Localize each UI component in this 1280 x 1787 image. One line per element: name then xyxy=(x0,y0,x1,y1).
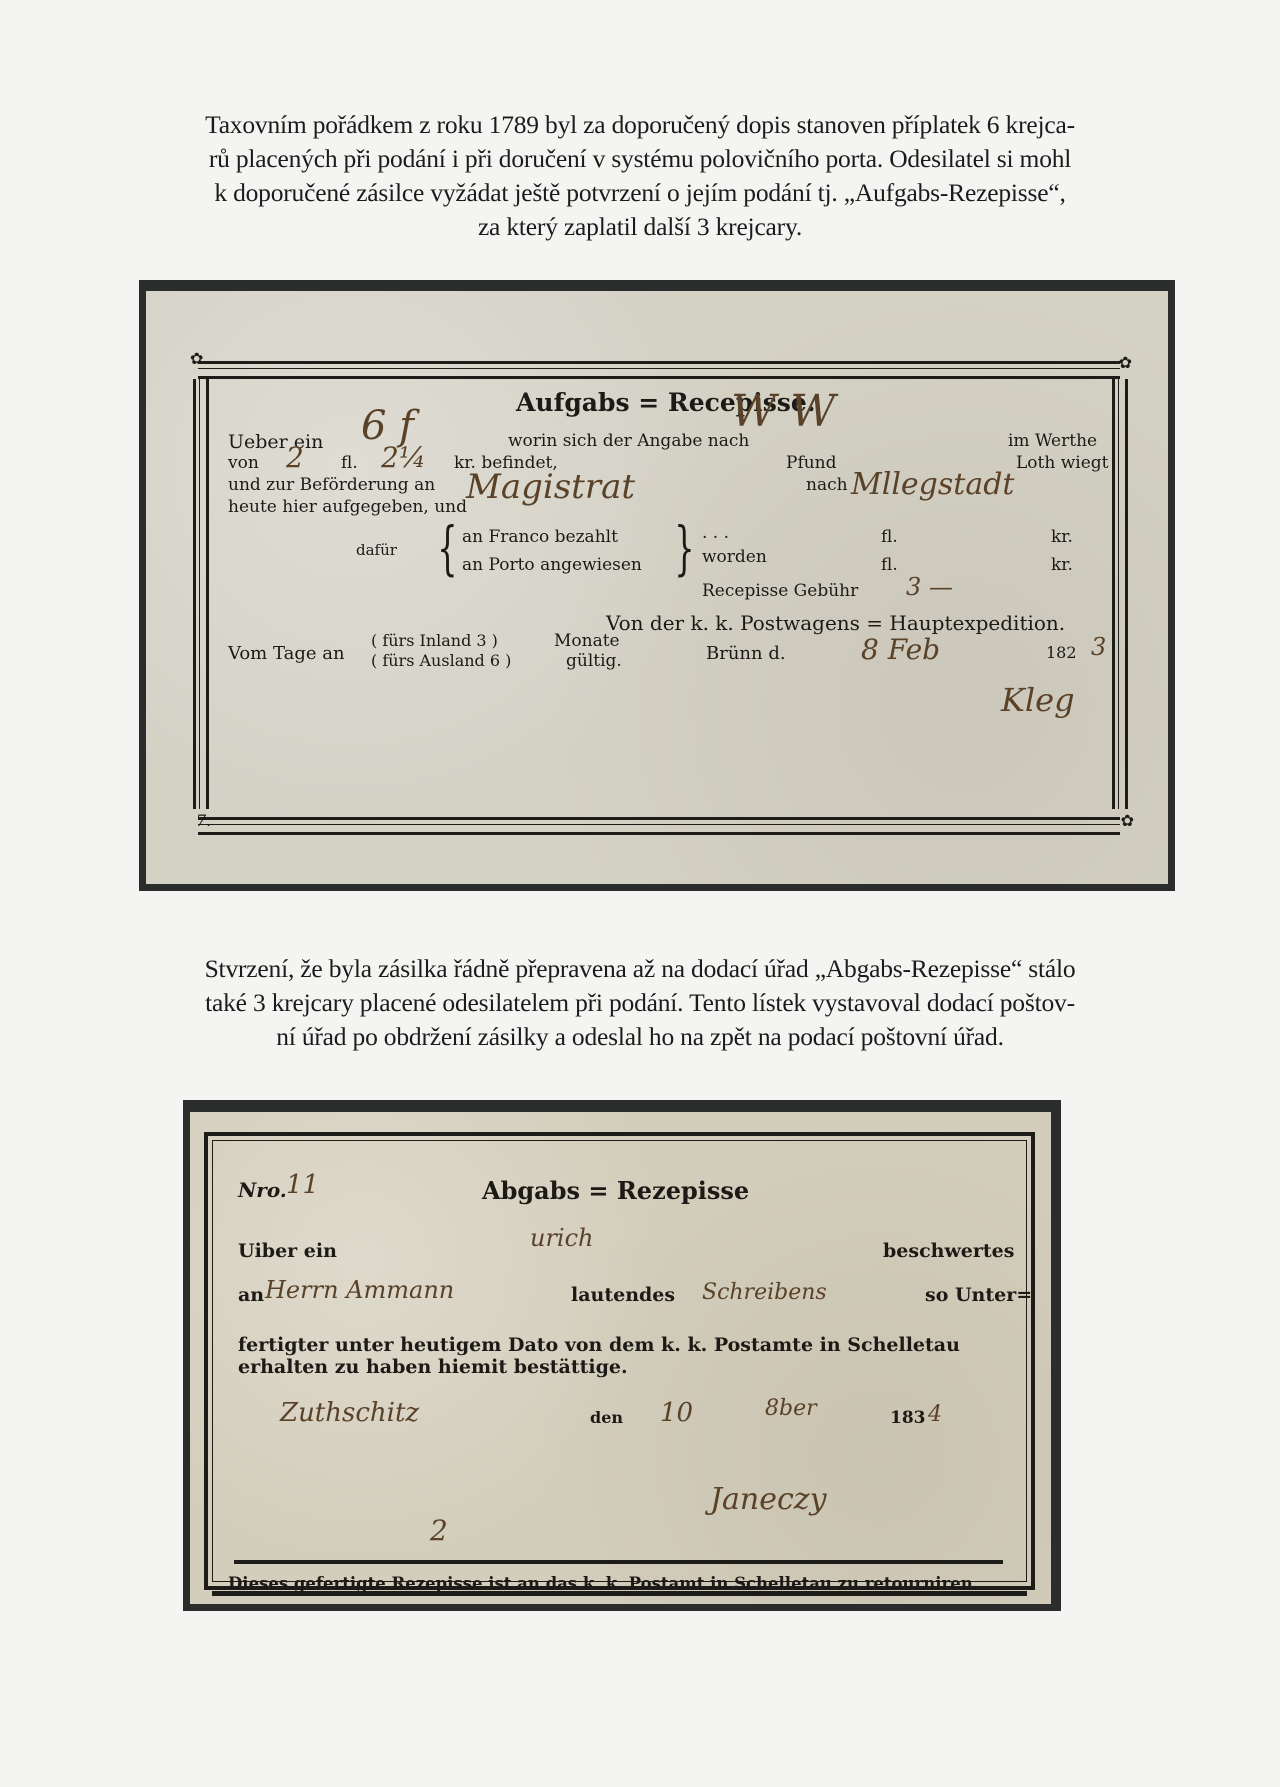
printed-text: Uiber ein xyxy=(238,1240,337,1262)
printed-text: und zur Beförderung an xyxy=(228,475,435,495)
printed-text: den xyxy=(590,1408,623,1427)
handwritten-signature: Janeczy xyxy=(710,1482,827,1517)
abgabs-rezepisse-document: Nro. 11 Abgabs = Rezepisse Uiber ein bes… xyxy=(190,1112,1051,1604)
printed-text: erhalten zu haben hiemit bestättige. xyxy=(238,1356,628,1378)
printed-text: nach xyxy=(806,475,848,495)
handwritten-year-digit: 4 xyxy=(928,1402,942,1427)
handwritten-value-kr: 2¼ xyxy=(381,441,426,474)
handwritten-addressee: Herrn Ammann xyxy=(265,1276,454,1304)
handwritten-day: 10 xyxy=(660,1398,693,1428)
flower-ornament-icon: ✿ xyxy=(1119,353,1132,373)
ornamental-border-right xyxy=(1112,379,1128,809)
handwritten-value-fl: 2 xyxy=(286,441,304,474)
caption-line: Taxovním pořádkem z roku 1789 byl za dop… xyxy=(90,108,1190,142)
handwritten-item: urich xyxy=(530,1224,594,1252)
printed-text: an Porto angewiesen xyxy=(462,555,642,575)
ornamental-border-top xyxy=(198,361,1120,379)
caption-middle: Stvrzení, že byla zásilka řádně přeprave… xyxy=(90,952,1190,1054)
printed-text: an xyxy=(238,1284,264,1306)
caption-line: také 3 krejcary placené odesilatelem při… xyxy=(90,986,1190,1020)
handwritten-fee: 3 — xyxy=(906,573,953,601)
printed-text: so Unter= xyxy=(925,1284,1032,1306)
number-label: Nro. xyxy=(238,1178,287,1202)
printed-text: an Franco bezahlt xyxy=(462,527,618,547)
printed-text: gültig. xyxy=(566,651,622,671)
caption-line: Stvrzení, že byla zásilka řádně přeprave… xyxy=(90,952,1190,986)
handwritten-signature: Kleg xyxy=(1001,681,1075,719)
corner-mark: 7. xyxy=(196,811,211,830)
printed-text: Recepisse Gebühr xyxy=(702,581,858,601)
printed-text: lautendes xyxy=(571,1284,675,1306)
handwritten-recipient: Magistrat xyxy=(466,467,635,507)
printed-text: dafür xyxy=(356,541,397,559)
caption-line: rů placených při podání i při doručení v… xyxy=(90,142,1190,176)
caption-line: ní úřad po obdržení zásilky a odeslal ho… xyxy=(90,1020,1190,1054)
handwritten-document-type: Schreibens xyxy=(702,1280,827,1305)
printed-text: 183 xyxy=(890,1408,926,1428)
printed-text: Vom Tage an xyxy=(228,643,345,664)
printed-text: Loth wiegt xyxy=(1016,453,1108,473)
printed-text: ( fürs Ausland 6 ) xyxy=(371,651,511,670)
caption-line: za který zaplatil další 3 krejcary. xyxy=(90,210,1190,244)
handwritten-place: Zuthschitz xyxy=(280,1398,419,1428)
printed-text: Pfund xyxy=(786,453,837,473)
printed-text: . . . xyxy=(702,523,729,543)
receipt1-mount: ✿ ✿ ✿ 7. Aufgabs = Recepisse. Ueber ein … xyxy=(139,280,1175,891)
handwritten-month: 8ber xyxy=(765,1396,817,1421)
printed-text: von xyxy=(228,453,259,473)
handwritten-year-digit: 3 xyxy=(1091,633,1106,661)
left-brace: { xyxy=(437,519,457,577)
handwritten-date: 8 Feb xyxy=(861,633,940,666)
printed-text: fl. xyxy=(341,453,358,473)
handwritten-number: 11 xyxy=(286,1170,319,1200)
printed-text: fl. xyxy=(881,555,898,575)
footer-rule xyxy=(234,1560,1003,1564)
printed-text: Brünn d. xyxy=(706,643,786,664)
ornamental-border-left xyxy=(193,379,209,809)
receipt2-mount: Nro. 11 Abgabs = Rezepisse Uiber ein bes… xyxy=(183,1100,1061,1611)
printed-text: fertigter unter heutigem Dato von dem k.… xyxy=(238,1334,960,1356)
ornamental-border-bottom xyxy=(198,817,1120,835)
printed-text: Monate xyxy=(554,631,620,651)
printed-text: beschwertes xyxy=(883,1240,1014,1262)
handwritten-fee: 2 xyxy=(430,1514,448,1547)
right-brace: } xyxy=(674,519,694,577)
printed-text: Ueber ein xyxy=(228,431,323,453)
printed-text: ( fürs Inland 3 ) xyxy=(371,631,498,650)
flower-ornament-icon: ✿ xyxy=(1121,811,1134,831)
handwritten-marks: W W xyxy=(731,386,835,437)
printed-text: 182 xyxy=(1046,643,1077,662)
caption-top: Taxovním pořádkem z roku 1789 byl za dop… xyxy=(90,108,1190,244)
caption-line: k doporučené zásilce vyžádat ještě potvr… xyxy=(90,176,1190,210)
printed-text: kr. xyxy=(1051,527,1073,547)
printed-text: worden xyxy=(702,547,767,567)
handwritten-destination: Mllegstadt xyxy=(851,467,1014,502)
printed-text: fl. xyxy=(881,527,898,547)
printed-text: kr. xyxy=(1051,555,1073,575)
printed-text: im Werthe xyxy=(1008,431,1097,451)
printed-text: heute hier aufgegeben, und xyxy=(228,497,467,517)
receipt-title: Abgabs = Rezepisse xyxy=(482,1176,749,1205)
printed-text: worin sich der Angabe nach xyxy=(508,431,749,451)
footer-instruction: Dieses gefertigte Rezepisse ist an das k… xyxy=(228,1574,978,1593)
aufgabs-recepisse-document: ✿ ✿ ✿ 7. Aufgabs = Recepisse. Ueber ein … xyxy=(146,291,1168,884)
flower-ornament-icon: ✿ xyxy=(190,349,203,369)
printed-text: Von der k. k. Postwagens = Hauptexpediti… xyxy=(606,611,1065,635)
